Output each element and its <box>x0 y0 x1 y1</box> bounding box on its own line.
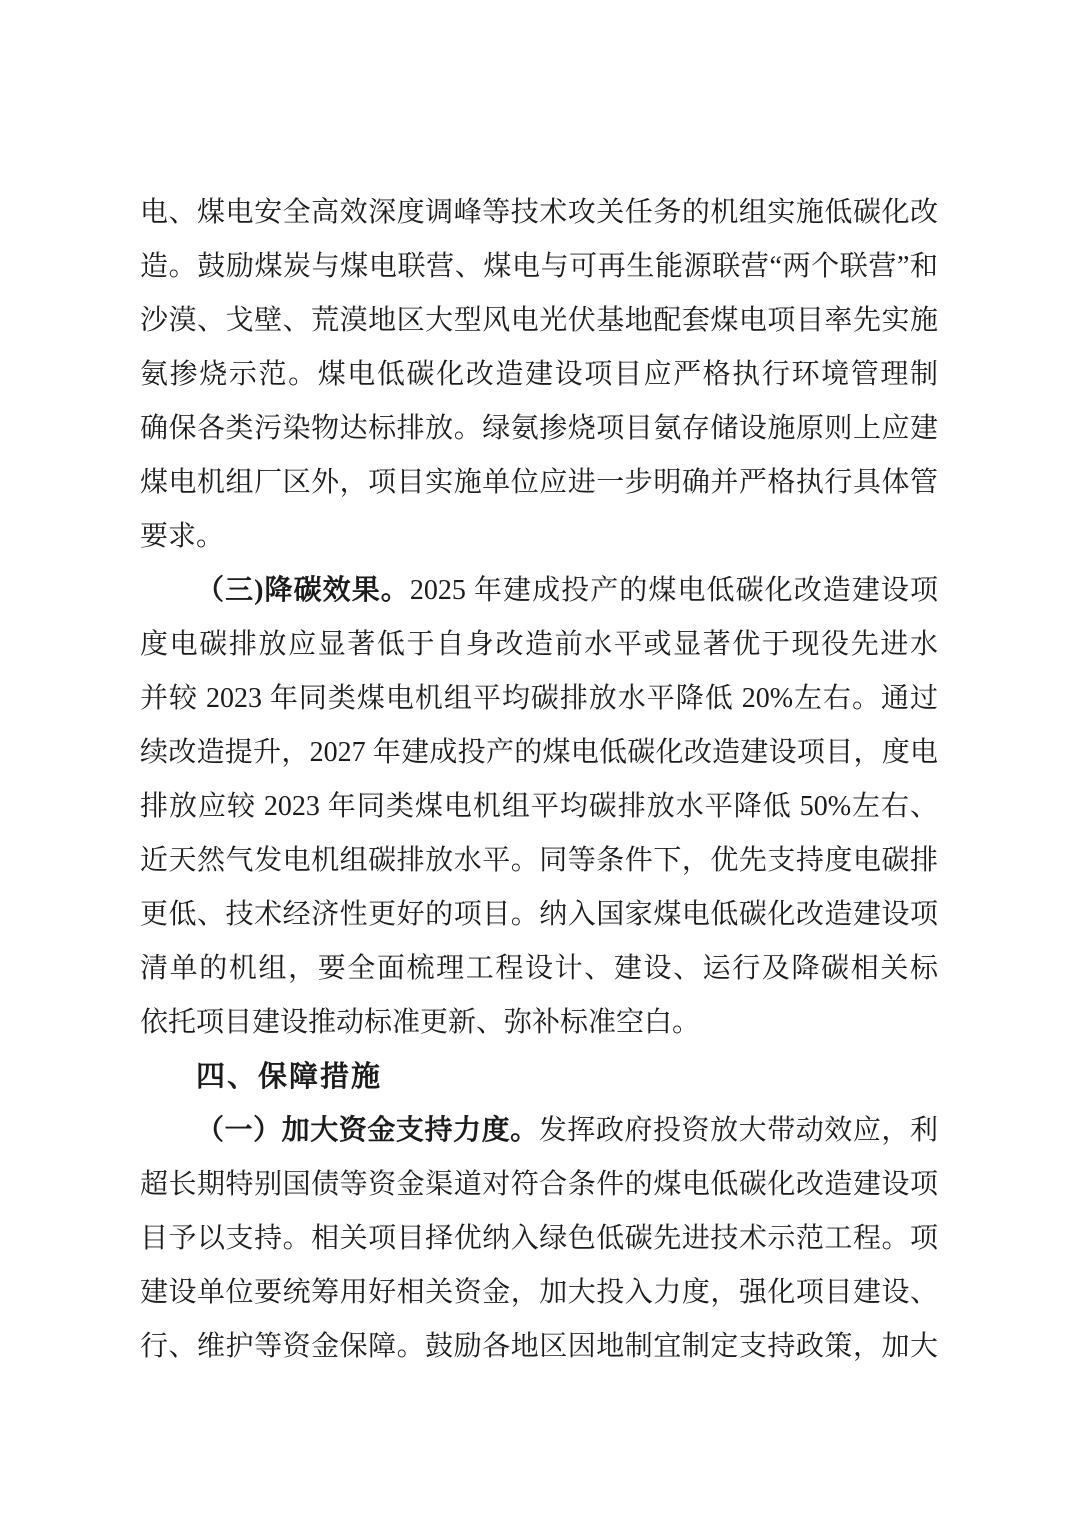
text-line: 更低、技术经济性更好的项目。纳入国家煤电低碳化改造建设项目 <box>140 888 938 942</box>
text-line: 依托项目建设推动标准更新、弥补标准空白。 <box>140 996 938 1050</box>
text-line: 超长期特别国债等资金渠道对符合条件的煤电低碳化改造建设项 <box>140 1158 938 1212</box>
text-line: 续改造提升，2027 年建成投产的煤电低碳化改造建设项目，度电碳 <box>140 726 938 780</box>
emphasized-text-segment: （一）加大资金支持力度。 <box>196 1115 539 1146</box>
text-segment: 并较 2023 年同类煤电机组平均碳排放水平降低 20%左右。通过持 <box>140 683 938 726</box>
text-segment: 电、煤电安全高效深度调峰等技术攻关任务的机组实施低碳化改 <box>140 197 938 228</box>
text-line: 氨掺烧示范。煤电低碳化改造建设项目应严格执行环境管理制度， <box>140 348 938 402</box>
text-segment: 目予以支持。相关项目择优纳入绿色低碳先进技术示范工程。项目 <box>140 1223 938 1266</box>
text-segment: 近天然气发电机组碳排放水平。同等条件下，优先支持度电碳排放 <box>140 845 938 888</box>
text-line: 清单的机组，要全面梳理工程设计、建设、运行及降碳相关标准， <box>140 942 938 996</box>
text-segment: 沙漠、戈壁、荒漠地区大型风电光伏基地配套煤电项目率先实施绿 <box>140 305 938 348</box>
emphasized-text-segment: 四、保障措施 <box>196 1061 382 1093</box>
text-segment: 行、维护等资金保障。鼓励各地区因地制宜制定支持政策，加大对 <box>140 1331 938 1374</box>
section-heading: 四、保障措施 <box>140 1050 938 1104</box>
text-line: 沙漠、戈壁、荒漠地区大型风电光伏基地配套煤电项目率先实施绿 <box>140 294 938 348</box>
text-segment: 造。鼓励煤炭与煤电联营、煤电与可再生能源联营“两个联营”和 <box>140 251 938 282</box>
text-line: 度电碳排放应显著低于自身改造前水平或显著优于现役先进水平， <box>140 618 938 672</box>
text-line: 行、维护等资金保障。鼓励各地区因地制宜制定支持政策，加大对 <box>140 1320 938 1374</box>
text-line: 近天然气发电机组碳排放水平。同等条件下，优先支持度电碳排放 <box>140 834 938 888</box>
text-segment: 续改造提升，2027 年建成投产的煤电低碳化改造建设项目，度电碳 <box>140 737 938 780</box>
text-segment: 建设单位要统筹用好相关资金，加大投入力度，强化项目建设、运 <box>140 1277 938 1320</box>
text-line: 要求。 <box>140 510 938 564</box>
text-segment: 确保各类污染物达标排放。绿氨掺烧项目氨存储设施原则上应建于 <box>140 413 938 456</box>
text-line: 排放应较 2023 年同类煤电机组平均碳排放水平降低 50%左右、接 <box>140 780 938 834</box>
text-line: 造。鼓励煤炭与煤电联营、煤电与可再生能源联营“两个联营”和 <box>140 240 938 294</box>
text-segment: 清单的机组，要全面梳理工程设计、建设、运行及降碳相关标准， <box>140 953 938 996</box>
text-segment: 排放应较 2023 年同类煤电机组平均碳排放水平降低 50%左右、接 <box>140 791 938 834</box>
text-line: 煤电机组厂区外，项目实施单位应进一步明确并严格执行具体管理 <box>140 456 938 510</box>
text-line: 建设单位要统筹用好相关资金，加大投入力度，强化项目建设、运 <box>140 1266 938 1320</box>
text-segment: 依托项目建设推动标准更新、弥补标准空白。 <box>140 1007 700 1038</box>
text-line: 目予以支持。相关项目择优纳入绿色低碳先进技术示范工程。项目 <box>140 1212 938 1266</box>
document-body: 电、煤电安全高效深度调峰等技术攻关任务的机组实施低碳化改造。鼓励煤炭与煤电联营、… <box>140 186 938 1374</box>
text-line: （一）加大资金支持力度。发挥政府投资放大带动效应，利用 <box>140 1104 938 1158</box>
text-line: 并较 2023 年同类煤电机组平均碳排放水平降低 20%左右。通过持 <box>140 672 938 726</box>
text-segment: 超长期特别国债等资金渠道对符合条件的煤电低碳化改造建设项 <box>140 1169 938 1200</box>
text-line: 电、煤电安全高效深度调峰等技术攻关任务的机组实施低碳化改 <box>140 186 938 240</box>
text-line: （三)降碳效果。2025 年建成投产的煤电低碳化改造建设项目， <box>140 564 938 618</box>
text-segment: 度电碳排放应显著低于自身改造前水平或显著优于现役先进水平， <box>140 629 938 672</box>
page: 电、煤电安全高效深度调峰等技术攻关任务的机组实施低碳化改造。鼓励煤炭与煤电联营、… <box>0 0 1080 1527</box>
text-segment: 煤电机组厂区外，项目实施单位应进一步明确并严格执行具体管理 <box>140 467 938 510</box>
text-segment: 更低、技术经济性更好的项目。纳入国家煤电低碳化改造建设项目 <box>140 899 938 942</box>
text-line: 确保各类污染物达标排放。绿氨掺烧项目氨存储设施原则上应建于 <box>140 402 938 456</box>
text-segment: 要求。 <box>140 521 224 552</box>
emphasized-text-segment: （三)降碳效果。 <box>196 575 410 606</box>
text-segment: 氨掺烧示范。煤电低碳化改造建设项目应严格执行环境管理制度， <box>140 359 938 402</box>
